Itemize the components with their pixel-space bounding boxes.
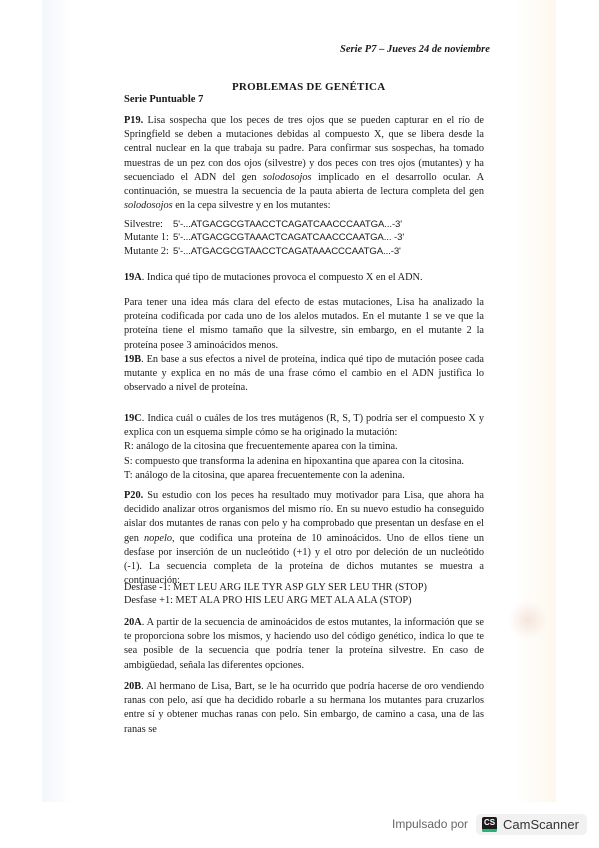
protein-sequence-row: Desfase -1: MET LEU ARG ILE TYR ASP GLY … — [124, 581, 427, 594]
problem-p20: P20. Su estudio con los peces ha resulta… — [124, 489, 484, 588]
question-19a: 19A. Indica qué tipo de mutaciones provo… — [124, 271, 484, 285]
sequence-row: Mutante 2:5'-...ATGACGCGTAACCTCAGATAAACC… — [124, 245, 404, 258]
gene-name: solodosojos — [124, 200, 173, 211]
protein-sequences: Desfase -1: MET LEU ARG ILE TYR ASP GLY … — [124, 581, 427, 608]
mutagen-option-r: R: análogo de la citosina que frecuentem… — [124, 440, 484, 454]
question-20b: 20B. Al hermano de Lisa, Bart, se le ha … — [124, 680, 484, 737]
question-19c: 19C. Indica cuál o cuáles de los tres mu… — [124, 412, 484, 483]
protein-sequence-row: Desfase +1: MET ALA PRO HIS LEU ARG MET … — [124, 594, 427, 607]
problem-p19: P19. Lisa sospecha que los peces de tres… — [124, 114, 484, 213]
gene-name: solodosojos — [263, 172, 312, 183]
mutagen-option-s: S: compuesto que transforma la adenina e… — [124, 455, 484, 469]
camscanner-footer: Impulsado por CS CamScanner — [392, 811, 587, 837]
document-title: PROBLEMAS DE GENÉTICA — [232, 81, 385, 93]
camscanner-brand: CamScanner — [503, 817, 579, 832]
mutagen-option-t: T: análogo de la citosina, que aparea fr… — [124, 469, 484, 483]
camscanner-logo-icon: CS — [482, 817, 497, 832]
sequence-row: Mutante 1:5'-...ATGACGCGTAAACTCAGATCAACC… — [124, 231, 404, 244]
paper-stain — [508, 600, 548, 640]
camscanner-badge[interactable]: CS CamScanner — [476, 814, 587, 835]
question-20a: 20A. A partir de la secuencia de aminoác… — [124, 616, 484, 673]
document-subtitle: Serie Puntuable 7 — [124, 94, 203, 105]
question-19b: 19B. En base a sus efectos a nivel de pr… — [124, 353, 484, 396]
gene-name: nopelo — [144, 533, 172, 544]
sequence-row: Silvestre:5'-...ATGACGCGTAACCTCAGATCAACC… — [124, 218, 404, 231]
powered-by-label: Impulsado por — [392, 817, 468, 831]
dna-sequences: Silvestre:5'-...ATGACGCGTAACCTCAGATCAACC… — [124, 218, 404, 258]
context-19: Para tener una idea más clara del efecto… — [124, 296, 484, 353]
p19-label: P19. — [124, 115, 143, 126]
series-date-header: Serie P7 – Jueves 24 de noviembre — [340, 44, 490, 55]
